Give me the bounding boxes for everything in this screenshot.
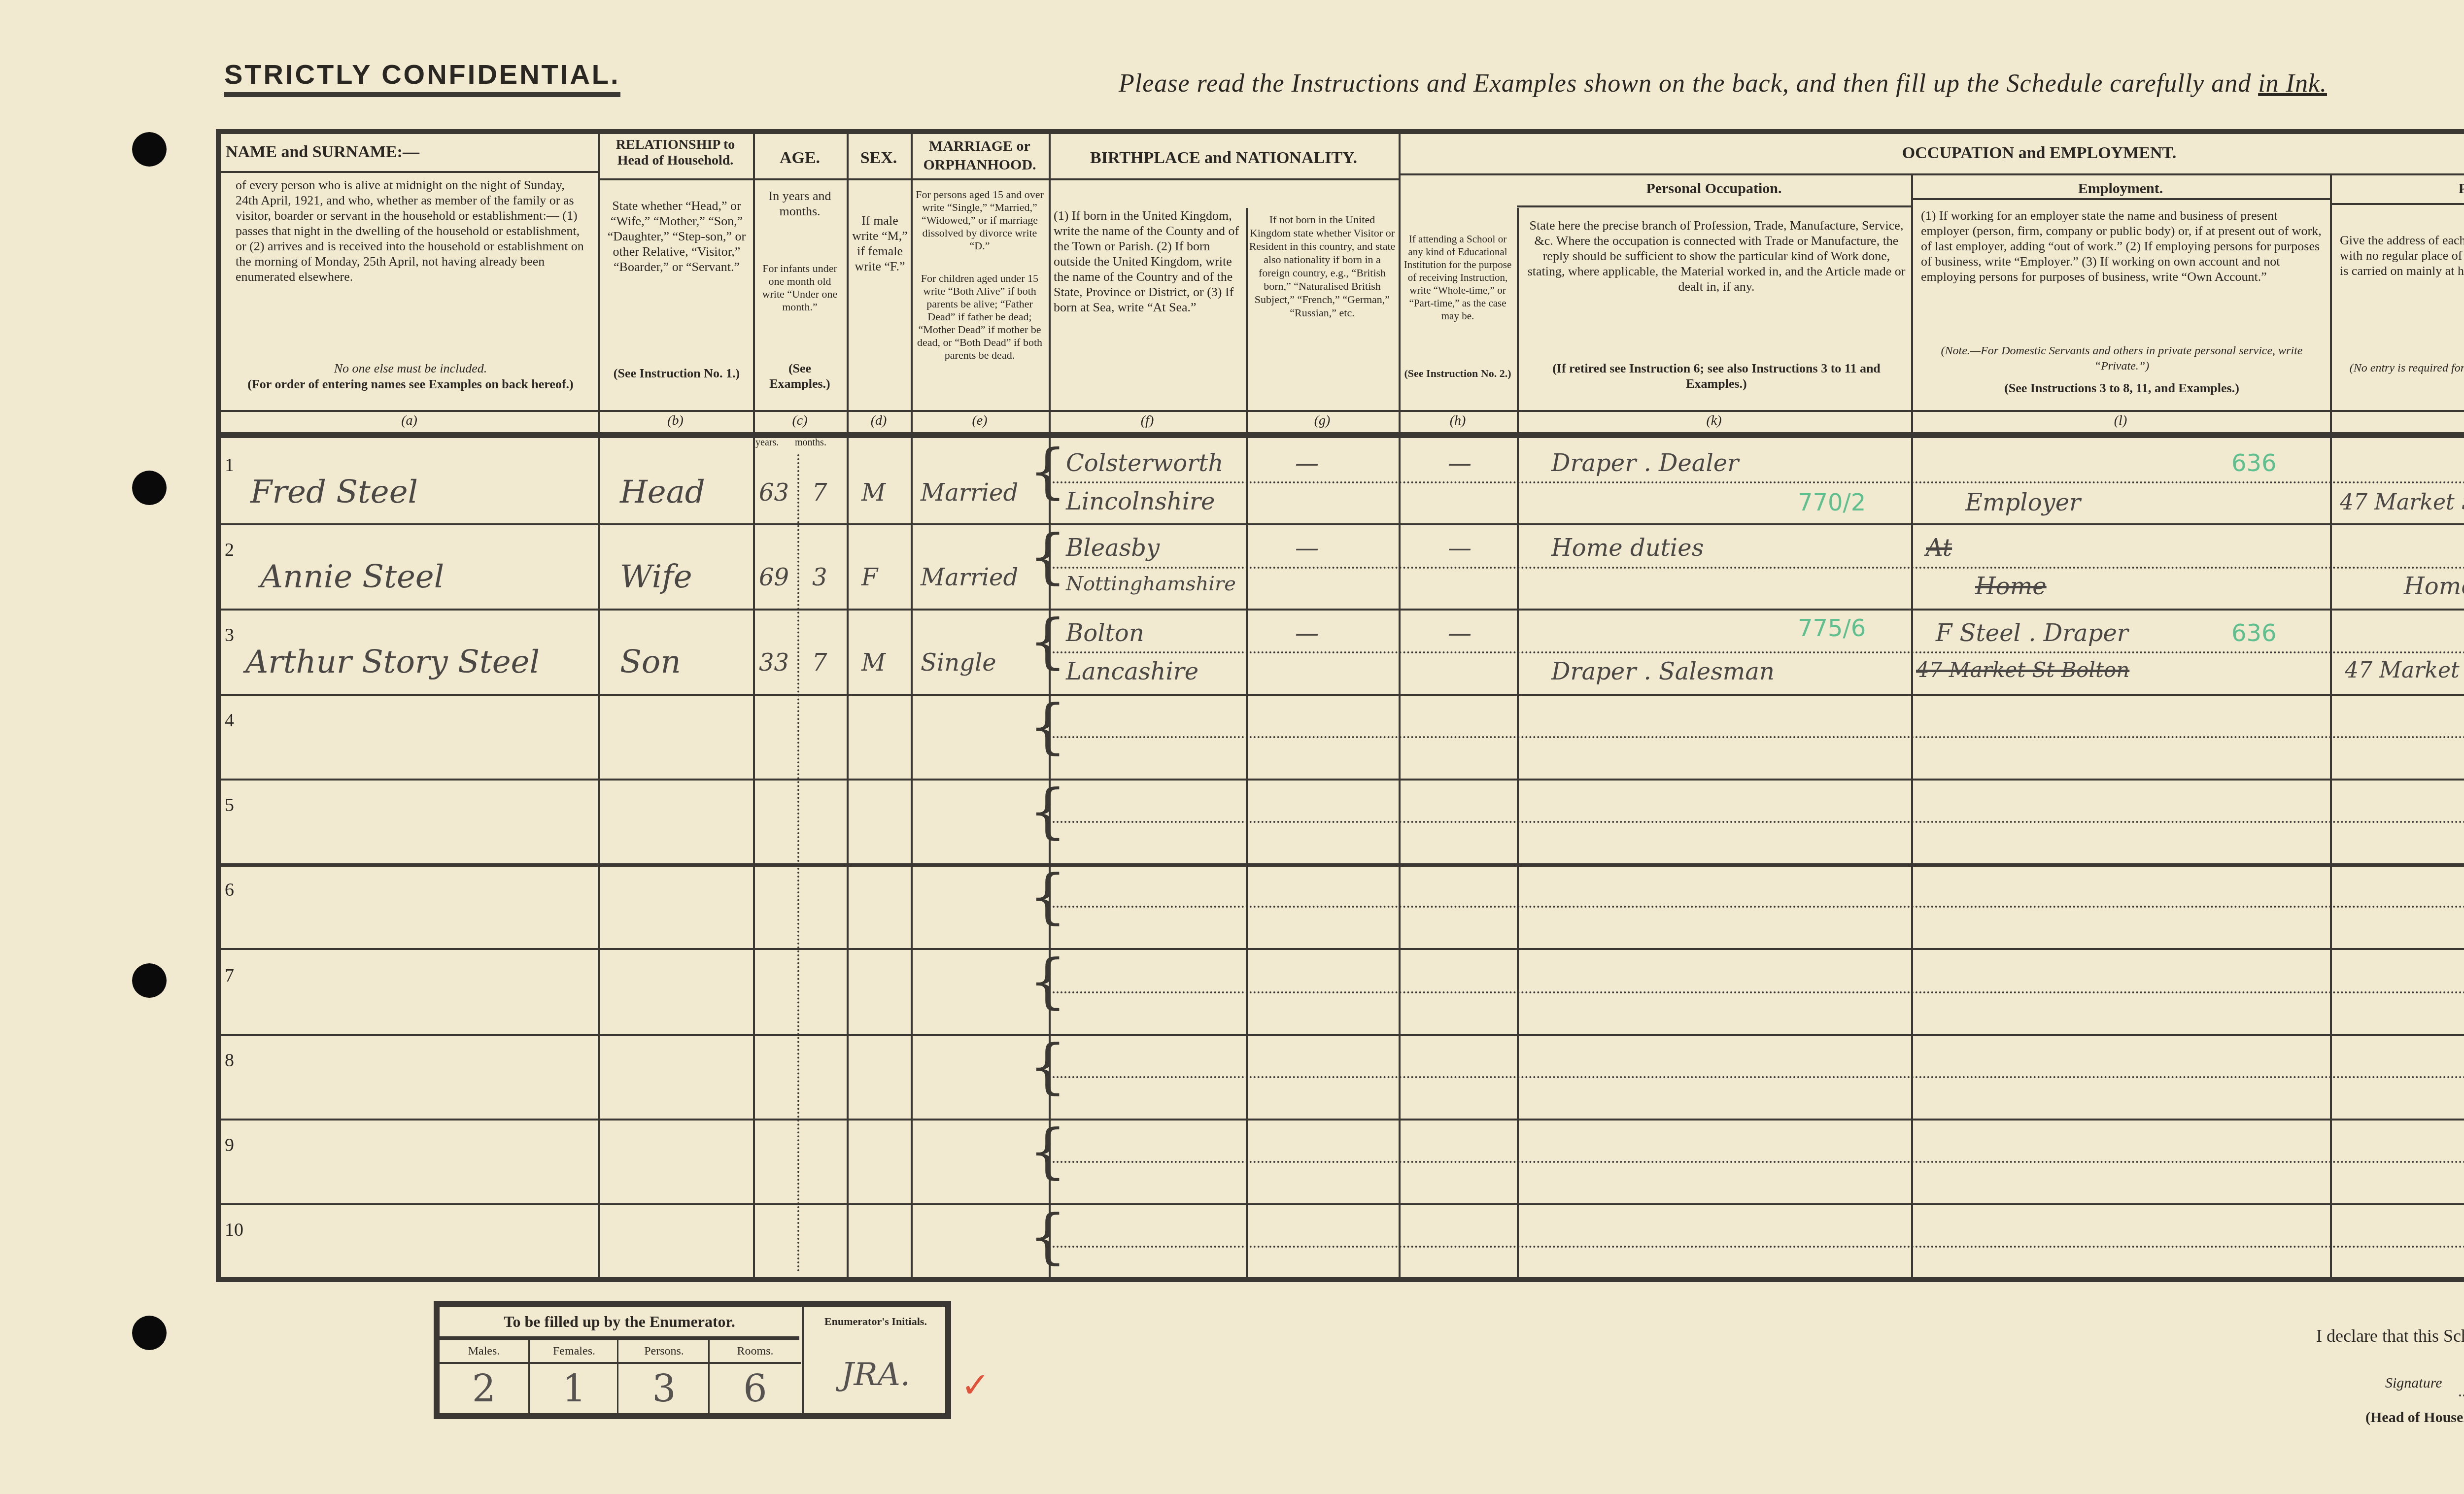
header-rule <box>1049 178 1399 180</box>
row-rule <box>221 609 2464 611</box>
row-rule <box>221 948 2464 950</box>
col-letter: (l) <box>1911 413 2330 429</box>
males-value[interactable]: 2 <box>440 1364 528 1413</box>
col-a-title: NAME and SURNAME:— <box>226 143 590 162</box>
row3-employment-struck[interactable]: 47 Market St Bolton <box>1916 658 2129 682</box>
row-rule <box>221 523 2464 525</box>
row2-birthplace-county[interactable]: Nottinghamshire <box>1066 573 1236 595</box>
header-rule <box>1399 173 2464 175</box>
brace: { <box>1029 442 1066 501</box>
brace: { <box>1029 1037 1066 1096</box>
col-letter: (m) <box>2330 413 2464 429</box>
row1-birthplace-county[interactable]: Lincolnshire <box>1066 488 1215 515</box>
row-rule <box>221 694 2464 696</box>
header-rule <box>221 410 2464 412</box>
sub-row-rule <box>1049 906 2464 908</box>
sub-row-rule <box>1049 1161 2464 1163</box>
row2-employment-struck[interactable]: Home <box>1975 573 2047 600</box>
row3-place-of-work[interactable]: 47 Market St Bolton <box>2345 658 2464 683</box>
row3-age-years[interactable]: 33 <box>759 649 789 677</box>
males-cell: Males. 2 <box>440 1340 528 1413</box>
brace: { <box>1029 867 1066 926</box>
row2-age-months[interactable]: 3 <box>812 564 827 591</box>
col-divider <box>1517 208 1519 1282</box>
col-divider <box>911 134 913 1277</box>
row2-name[interactable]: Annie Steel <box>260 559 444 595</box>
signature-note: (Head of Household, Manager of Establish… <box>2365 1409 2464 1426</box>
row3-relationship[interactable]: Son <box>620 644 681 680</box>
row2-birthplace-town[interactable]: Bleasby <box>1066 534 1160 562</box>
row-number: 5 <box>225 794 234 816</box>
col-l-footer: (See Instructions 3 to 8, 11, and Exampl… <box>1921 380 2323 396</box>
col-c-text: In years and months. <box>758 188 842 219</box>
col-c-footer: (See Examples.) <box>758 361 842 391</box>
col-divider <box>2330 173 2332 1282</box>
row2-place-of-work[interactable]: Home <box>2404 573 2464 600</box>
enumerator-initials[interactable]: JRA. <box>802 1336 947 1413</box>
row3-education[interactable]: — <box>1448 619 1472 647</box>
sub-row-rule <box>1049 651 2464 653</box>
row1-employment-code: 636 <box>2231 449 2277 477</box>
row1-age-months[interactable]: 7 <box>812 479 827 507</box>
row3-birthplace-county[interactable]: Lancashire <box>1066 658 1198 685</box>
males-label: Males. <box>440 1340 528 1364</box>
col-l-text: (1) If working for an employer state the… <box>1921 208 2323 284</box>
row-rule <box>221 863 2464 867</box>
col-letter: (a) <box>221 413 598 429</box>
col-m-text: Give the address of each person's place … <box>2340 233 2464 278</box>
brace: { <box>1029 1122 1066 1181</box>
row1-sex[interactable]: M <box>861 479 886 507</box>
row-number: 1 <box>225 454 234 476</box>
col-letter: (k) <box>1517 413 1911 429</box>
initials-heading: Enumerator's Initials. <box>802 1307 947 1336</box>
col-divider <box>598 134 600 1277</box>
header-rule <box>1517 205 1911 207</box>
row-number: 3 <box>225 624 234 646</box>
row-number: 9 <box>225 1134 234 1156</box>
col-f-text: (1) If born in the United Kingdom, write… <box>1054 208 1241 315</box>
col-h-footer: (See Instruction No. 2.) <box>1401 366 1514 381</box>
col-letter: (c) <box>753 413 847 429</box>
persons-cell: Persons. 3 <box>617 1340 710 1413</box>
row-rule <box>221 779 2464 781</box>
col-b-footer: (See Instruction No. 1.) <box>603 366 751 381</box>
census-schedule-page: STRICTLY CONFIDENTIAL. Please read the I… <box>0 0 2464 1494</box>
col-d-title: SEX. <box>849 149 908 168</box>
brace: { <box>1029 1207 1066 1266</box>
header-rule <box>598 178 1049 180</box>
birthplace-title: BIRTHPLACE and NATIONALITY. <box>1051 149 1396 168</box>
row-rule <box>221 1034 2464 1036</box>
col-m-note: (No entry is required for any person who… <box>2340 361 2464 376</box>
brace: { <box>1029 782 1066 841</box>
header-rule-thick <box>221 432 2464 438</box>
females-cell: Females. 1 <box>528 1340 618 1413</box>
col-k-title: Personal Occupation. <box>1519 179 1909 198</box>
col-divider <box>753 134 755 1277</box>
row1-nationality[interactable]: — <box>1295 449 1319 477</box>
row2-marriage[interactable]: Married <box>921 564 1018 591</box>
age-years-months-divider <box>797 454 799 1272</box>
row2-education[interactable]: — <box>1448 534 1472 562</box>
row-number: 2 <box>225 539 234 561</box>
row-number: 7 <box>225 965 234 986</box>
row3-occupation[interactable]: Draper . Salesman <box>1551 658 1775 685</box>
instructions-text: Please read the Instructions and Example… <box>1119 69 2258 98</box>
row3-name[interactable]: Arthur Story Steel <box>245 644 540 680</box>
row2-employment-struck[interactable]: At <box>1926 534 1952 562</box>
punch-hole <box>132 471 167 505</box>
row1-birthplace-town[interactable]: Colsterworth <box>1066 449 1223 477</box>
col-letter: (d) <box>847 413 911 429</box>
col-e-title: MARRIAGE or ORPHANHOOD. <box>913 137 1046 174</box>
row3-marriage[interactable]: Single <box>921 649 996 677</box>
brace: { <box>1029 697 1066 756</box>
red-check-mark-icon: ✓ <box>961 1365 990 1405</box>
row-number: 6 <box>225 879 234 901</box>
col-e-text: For persons aged 15 and over write “Sing… <box>913 188 1046 252</box>
col-letter: (e) <box>911 413 1049 429</box>
rooms-value[interactable]: 6 <box>710 1364 801 1413</box>
row-rule <box>221 1119 2464 1120</box>
instructions-ink: in Ink. <box>2258 69 2327 98</box>
col-divider <box>1246 208 1248 1282</box>
col-letter: (g) <box>1246 413 1399 429</box>
col-divider <box>847 134 849 1277</box>
col-l-title: Employment. <box>1914 179 2327 198</box>
col-b-text: State whether “Head,” or “Wife,” “Mother… <box>603 198 751 274</box>
row3-birthplace-town[interactable]: Bolton <box>1066 619 1144 647</box>
col-letter: (h) <box>1399 413 1517 429</box>
row-number: 8 <box>225 1050 234 1071</box>
sub-row-rule <box>1049 481 2464 483</box>
row1-marriage[interactable]: Married <box>921 479 1018 507</box>
punch-hole <box>132 1316 167 1350</box>
sub-row-rule <box>1049 991 2464 993</box>
col-k-footer: (If retired see Instruction 6; see also … <box>1527 361 1906 391</box>
females-label: Females. <box>530 1340 618 1364</box>
col-c-title: AGE. <box>755 149 844 168</box>
row1-occupation[interactable]: Draper . Dealer <box>1551 449 1739 477</box>
signature-label: Signature <box>2385 1375 2442 1392</box>
brace: { <box>1029 612 1066 671</box>
col-k-text: State here the precise branch of Profess… <box>1527 218 1906 294</box>
header-rule <box>1911 198 2330 200</box>
row3-age-months[interactable]: 7 <box>812 649 827 677</box>
instructions-line: Please read the Instructions and Example… <box>1119 69 2327 98</box>
col-divider <box>1911 173 1913 1282</box>
row3-employment[interactable]: F Steel . Draper <box>1936 619 2128 647</box>
row-number: 10 <box>225 1219 243 1241</box>
col-letter: (f) <box>1049 413 1246 429</box>
persons-label: Persons. <box>618 1340 710 1364</box>
col-c-sub: For infants under one month old write “U… <box>758 262 842 313</box>
sub-row-rule <box>1049 1076 2464 1078</box>
census-form-table: NAME and SURNAME:— of every person who i… <box>216 129 2464 1282</box>
enumerator-summary-box: To be filled up by the Enumerator. Enume… <box>434 1301 951 1419</box>
sub-row-rule <box>1049 1246 2464 1248</box>
col-a-note: No one else must be included. <box>236 361 585 376</box>
brace: { <box>1029 527 1066 586</box>
rooms-cell: Rooms. 6 <box>708 1340 801 1413</box>
age-months-label: months. <box>795 437 826 448</box>
col-m-title: Place of Work. <box>2332 179 2464 198</box>
summary-heading: To be filled up by the Enumerator. <box>440 1307 799 1340</box>
col-l-note: (Note.—For Domestic Servants and others … <box>1921 343 2323 374</box>
header-rule <box>221 171 598 173</box>
col-h-text: If attending a School or any kind of Edu… <box>1401 233 1514 322</box>
persons-value[interactable]: 3 <box>618 1364 710 1413</box>
row1-employment[interactable]: Employer <box>1965 489 2081 516</box>
row2-sex[interactable]: F <box>861 564 878 591</box>
declaration-text: I declare that this Schedule is correctl… <box>2316 1325 2464 1346</box>
sub-row-rule <box>1049 567 2464 569</box>
row2-occupation[interactable]: Home duties <box>1551 534 1704 562</box>
col-g-text: If not born in the United Kingdom state … <box>1248 213 1396 319</box>
occupation-title: OCCUPATION and EMPLOYMENT. <box>1401 144 2464 163</box>
row2-age-years[interactable]: 69 <box>759 564 789 591</box>
row1-name[interactable]: Fred Steel <box>250 474 418 510</box>
row-rule <box>221 1203 2464 1205</box>
punch-hole <box>132 963 167 998</box>
col-letter: (b) <box>598 413 753 429</box>
col-b-title: RELATIONSHIP to Head of Household. <box>600 137 751 169</box>
col-a-footer: (For order of entering names see Example… <box>236 376 585 392</box>
row1-education[interactable]: — <box>1448 449 1472 477</box>
row3-employment-code: 636 <box>2231 619 2277 647</box>
row-number: 4 <box>225 710 234 731</box>
signature-line <box>2459 1394 2464 1396</box>
col-a-text: of every person who is alive at midnight… <box>236 177 585 284</box>
sub-row-rule <box>1049 736 2464 738</box>
row1-relationship[interactable]: Head <box>620 474 705 510</box>
age-years-label: years. <box>755 437 779 448</box>
row2-relationship[interactable]: Wife <box>620 559 692 595</box>
sub-row-rule <box>1049 821 2464 823</box>
col-divider <box>1399 134 1401 1277</box>
row3-nationality[interactable]: — <box>1295 619 1319 647</box>
page-title: STRICTLY CONFIDENTIAL. <box>224 58 620 97</box>
row1-age-years[interactable]: 63 <box>759 479 789 507</box>
rooms-label: Rooms. <box>710 1340 801 1364</box>
row1-place-of-work[interactable]: 47 Market St Bolton <box>2340 490 2464 515</box>
col-d-text: If male write “M,” if female write “F.” <box>852 213 908 274</box>
row3-sex[interactable]: M <box>861 649 886 677</box>
row2-nationality[interactable]: — <box>1295 534 1319 562</box>
punch-hole <box>132 132 167 167</box>
header-rule <box>2330 203 2464 205</box>
row1-occupation-code: 770/2 <box>1798 489 1866 516</box>
col-e-sub: For children aged under 15 write “Both A… <box>913 272 1046 362</box>
females-value[interactable]: 1 <box>530 1364 618 1413</box>
row3-occupation-code: 775/6 <box>1798 614 1866 642</box>
brace: { <box>1029 952 1066 1011</box>
